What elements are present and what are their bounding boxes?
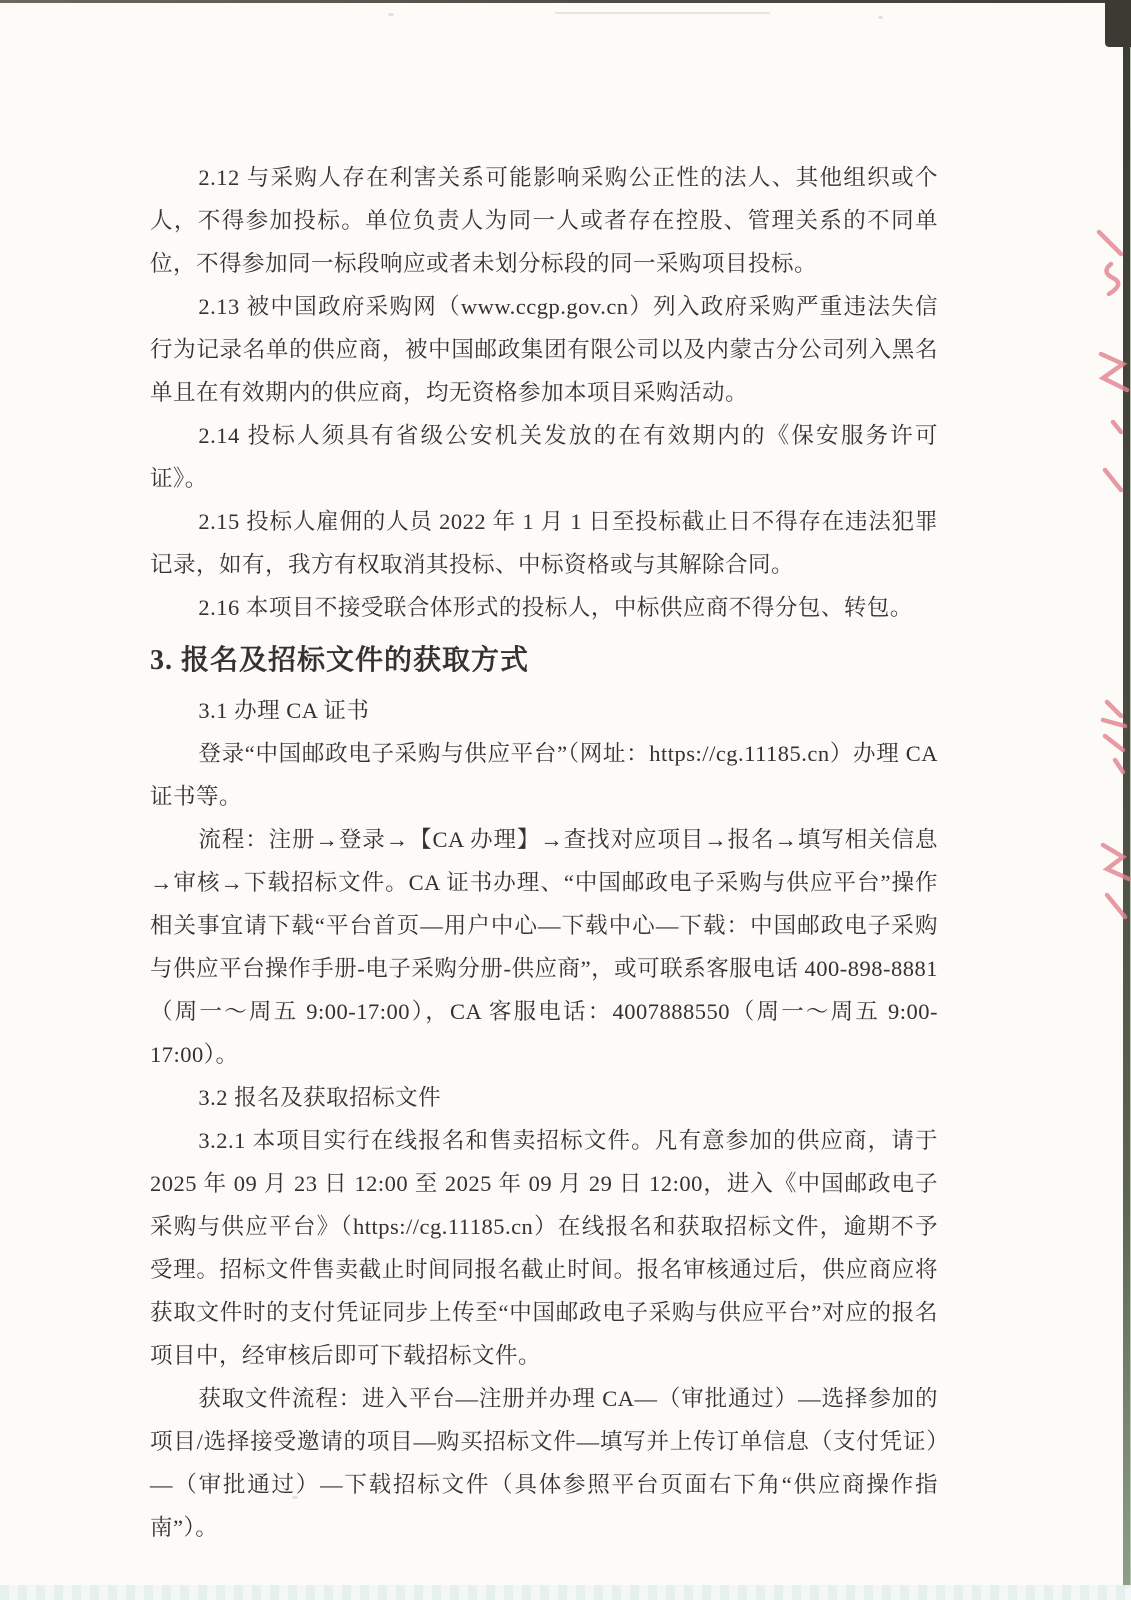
scan-edge-right: [1123, 44, 1130, 1588]
scan-speck: [878, 16, 883, 19]
para-2-16: 2.16 本项目不接受联合体形式的投标人，中标供应商不得分包、转包。: [150, 586, 938, 629]
para-3-1-flow: 流程：注册→登录→【CA 办理】→查找对应项目→报名→填写相关信息→审核→下载招…: [150, 818, 938, 1076]
ink-mark: [1106, 264, 1118, 294]
ink-mark: [1099, 232, 1121, 254]
ink-mark: [1115, 760, 1123, 772]
para-2-15: 2.15 投标人雇佣的人员 2022 年 1 月 1 日至投标截止日不得存在违法…: [150, 500, 938, 586]
heading-3: 3. 报名及招标文件的获取方式: [150, 638, 938, 684]
ink-mark: [1105, 470, 1121, 490]
para-3-2-1: 3.2.1 本项目实行在线报名和售卖招标文件。凡有意参加的供应商，请于 2025…: [150, 1119, 938, 1377]
para-2-13: 2.13 被中国政府采购网（www.ccgp.gov.cn）列入政府采购严重违法…: [150, 285, 938, 414]
scan-edge-top: [0, 0, 1131, 3]
scan-speck: [388, 13, 394, 16]
scan-faint-line: [555, 12, 770, 14]
document-body: 2.12 与采购人存在利害关系可能影响采购公正性的法人、其他组织或个人，不得参加…: [150, 156, 938, 1549]
scanned-document-page: { "page": { "background_color": "#fcfbf8…: [0, 0, 1131, 1600]
ink-mark: [1103, 702, 1125, 750]
para-3-2-flow: 获取文件流程：进入平台—注册并办理 CA—（审批通过）—选择参加的项目/选择接受…: [150, 1377, 938, 1549]
para-3-1: 3.1 办理 CA 证书: [150, 689, 938, 732]
ink-mark: [1113, 422, 1121, 432]
scan-bottom-texture-band: [0, 1585, 1131, 1600]
para-3-2: 3.2 报名及获取招标文件: [150, 1076, 938, 1119]
para-2-14: 2.14 投标人须具有省级公安机关发放的在有效期内的《保安服务许可证》。: [150, 414, 938, 500]
scan-corner-block: [1105, 0, 1131, 47]
para-2-12: 2.12 与采购人存在利害关系可能影响采购公正性的法人、其他组织或个人，不得参加…: [150, 156, 938, 285]
para-3-1-login: 登录“中国邮政电子采购与供应平台”（网址：https://cg.11185.cn…: [150, 732, 938, 818]
